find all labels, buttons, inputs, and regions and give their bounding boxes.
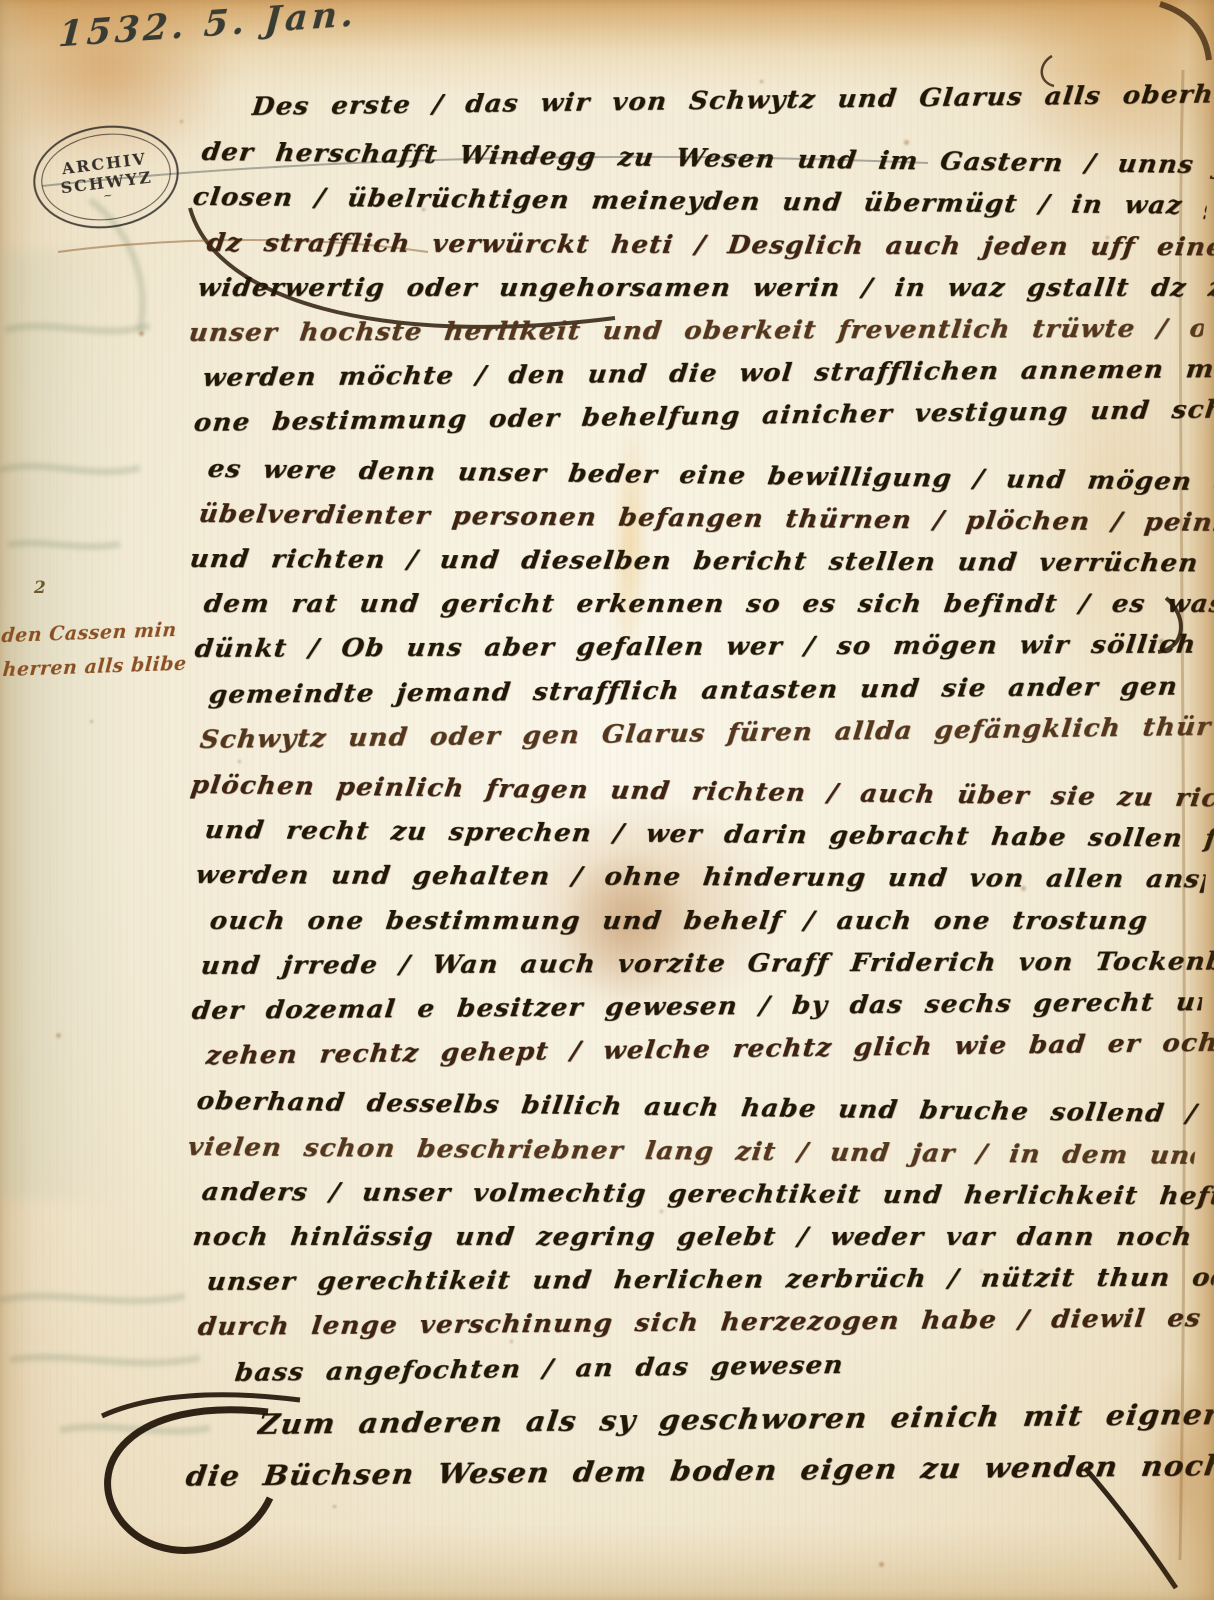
manuscript-line: noch hinlässig und zegring gelebt / wede…: [191, 1222, 1214, 1251]
manuscript-line: widerwertig oder ungehorsamen werin / in…: [196, 273, 1214, 302]
manuscript-line: der dozemal e besitzer gewesen / by das …: [190, 987, 1203, 1025]
manuscript-line: unser gerechtikeit und herlichen zerbrüc…: [205, 1263, 1214, 1296]
manuscript-line: dem rat und gericht erkennen so es sich …: [202, 589, 1214, 618]
margin-note-number: 2: [34, 578, 46, 598]
closing-line: die Büchsen Wesen dem boden eigen zu wen…: [184, 1449, 1214, 1493]
manuscript-line: one bestimmung oder behelfung ainicher v…: [192, 395, 1214, 437]
manuscript-line: durch lenge verschinung sich herzezogen …: [196, 1303, 1214, 1341]
manuscript-line: anders / unser volmechtig gerechtikeit u…: [200, 1177, 1214, 1210]
manuscript-line: und richten / und dieselben bericht stel…: [188, 544, 1214, 578]
calligraphic-flourish: [190, 208, 615, 327]
archive-stamp: ARCHIV SCHWYZ ~: [27, 117, 184, 236]
manuscript-line: gemeindte jemand strafflich antasten und…: [207, 671, 1214, 709]
bleed-through-ghost: [0, 200, 210, 1431]
closing-line: Zum anderen als sy geschworen einich mit…: [256, 1398, 1214, 1441]
manuscript-line: vielen schon beschriebner lang zit / und…: [186, 1132, 1196, 1170]
manuscript-line: dz strafflich verwürckt heti / Desglich …: [205, 228, 1214, 261]
foxing-speckles: [0, 0, 3, 3]
manuscript-line: übelverdienter personen befangen thürnen…: [197, 499, 1214, 537]
manuscript-line: und recht zu sprechen / wer darin gebrac…: [203, 815, 1214, 853]
manuscript-line: ouch one bestimmung und behelf / auch on…: [208, 906, 1214, 935]
margin-note-line: herren alls blibe: [1, 647, 187, 688]
manuscript-page: 1532. 5. Jan. ARCHIV SCHWYZ ~ 2 den Cass…: [0, 0, 1214, 1600]
stamp-ornament: ~: [103, 192, 114, 199]
corner-fold: [1160, 4, 1209, 60]
bleed-through-tint: [0, 250, 130, 1200]
manuscript-line: und jrrede / Wan auch vorzite Graff Frid…: [199, 946, 1214, 979]
manuscript-line: werden und gehalten / ohne hinderung und…: [194, 860, 1207, 893]
closing-descender: [1085, 1468, 1176, 1588]
manuscript-line: closen / übelrüchtigen meineyden und übe…: [191, 182, 1209, 220]
manuscript-line: Schwytz und oder gen Glarus füren allda …: [198, 712, 1214, 754]
manuscript-line: der herschafft Windegg zu Wesen und im G…: [200, 137, 1214, 179]
manuscript-line: werden möchte / den und die wol straffli…: [201, 354, 1214, 392]
margin-note: den Cassen minherren alls blibe: [1, 613, 187, 687]
water-stain-bottom: [0, 1525, 1214, 1600]
archive-stamp-inner-ring: ARCHIV SCHWYZ ~: [36, 126, 176, 227]
manuscript-line: dünkt / Ob uns aber gefallen wer / so mö…: [193, 630, 1214, 663]
manuscript-line: es were denn unser beder eine bewilligun…: [206, 454, 1214, 496]
manuscript-line: oberhand desselbs billich auch habe und …: [195, 1086, 1214, 1128]
manuscript-line: plöchen peinlich fragen und richten / au…: [189, 770, 1214, 812]
water-stain-left-edge: [0, 0, 32, 1600]
manuscript-line: unser hochste herlikeit und oberkeit fre…: [187, 314, 1205, 347]
manuscript-line: zehen rechtz gehept / welche rechtz glic…: [204, 1028, 1214, 1070]
archive-date-annotation: 1532. 5. Jan.: [57, 0, 359, 55]
manuscript-line: Des erste / das wir von Schwytz und Glar…: [250, 79, 1214, 121]
manuscript-line: bass angefochten / an das gewesen: [233, 1349, 861, 1386]
